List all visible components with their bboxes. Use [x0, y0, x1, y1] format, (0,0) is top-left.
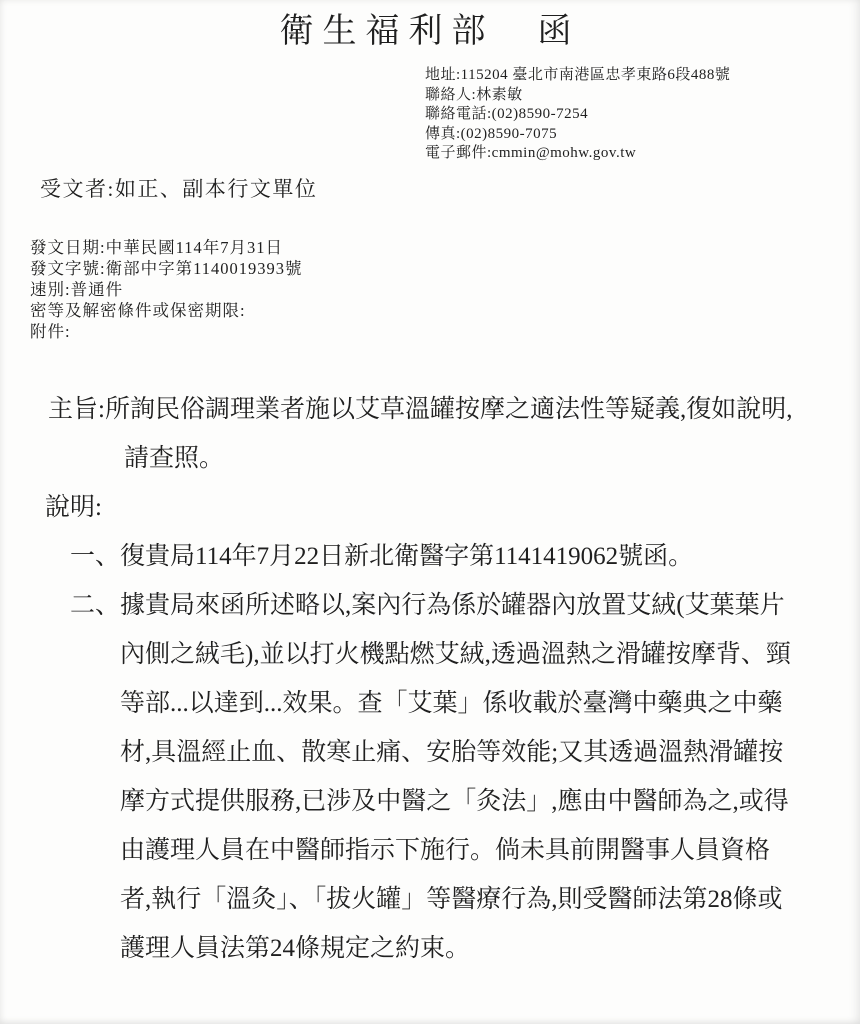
document-title: 衛生福利部 函	[0, 10, 860, 54]
sender-contact-phone: 聯絡電話:(02)8590-7254	[425, 105, 860, 125]
sender-info-block: 地址:115204 臺北市南港區忠孝東路6段488號 聯絡人:林素敏 聯絡電話:…	[425, 66, 860, 164]
document-page: 衛生福利部 函 地址:115204 臺北市南港區忠孝東路6段488號 聯絡人:林…	[0, 0, 860, 1024]
sender-contact-person: 聯絡人:林素敏	[425, 86, 860, 106]
priority-line: 速別:普通件	[30, 279, 860, 300]
classification-line: 密等及解密條件或保密期限:	[30, 300, 860, 321]
item-text: 復貴局114年7月22日新北衛醫字第1141419062號函。	[120, 543, 693, 570]
doc-number-line: 發文字號:衛部中字第1140019393號	[30, 258, 860, 279]
metadata-block: 發文日期:中華民國114年7月31日 發文字號:衛部中字第1140019393號…	[30, 237, 860, 342]
issue-date-line: 發文日期:中華民國114年7月31日	[30, 237, 860, 258]
recipient-line: 受文者:如正、副本行文單位	[40, 174, 860, 204]
sender-address: 地址:115204 臺北市南港區忠孝東路6段488號	[425, 66, 860, 86]
sender-email: 電子郵件:cmmin@mohw.gov.tw	[425, 144, 860, 164]
subject-text: 所詢民俗調理業者施以艾草溫罐按摩之適法性等疑義,復如說明,請查照。	[105, 396, 793, 472]
subject-label: 主旨:	[48, 396, 105, 423]
list-item-2: 二、據貴局來函所述略以,案內行為係於罐器內放置艾絨(艾葉葉片內側之絨毛),並以打…	[70, 581, 792, 973]
item-number: 一、	[70, 543, 120, 570]
sender-fax: 傳真:(02)8590-7075	[425, 125, 860, 145]
item-number: 二、	[70, 592, 120, 619]
attachment-line: 附件:	[30, 321, 860, 342]
item-text: 據貴局來函所述略以,案內行為係於罐器內放置艾絨(艾葉葉片內側之絨毛),並以打火機…	[120, 592, 791, 962]
list-item-1: 一、復貴局114年7月22日新北衛醫字第1141419062號函。	[70, 532, 792, 581]
subject-paragraph: 主旨:所詢民俗調理業者施以艾草溫罐按摩之適法性等疑義,復如說明,請查照。	[48, 385, 800, 483]
description-section-label: 說明:	[45, 483, 860, 532]
